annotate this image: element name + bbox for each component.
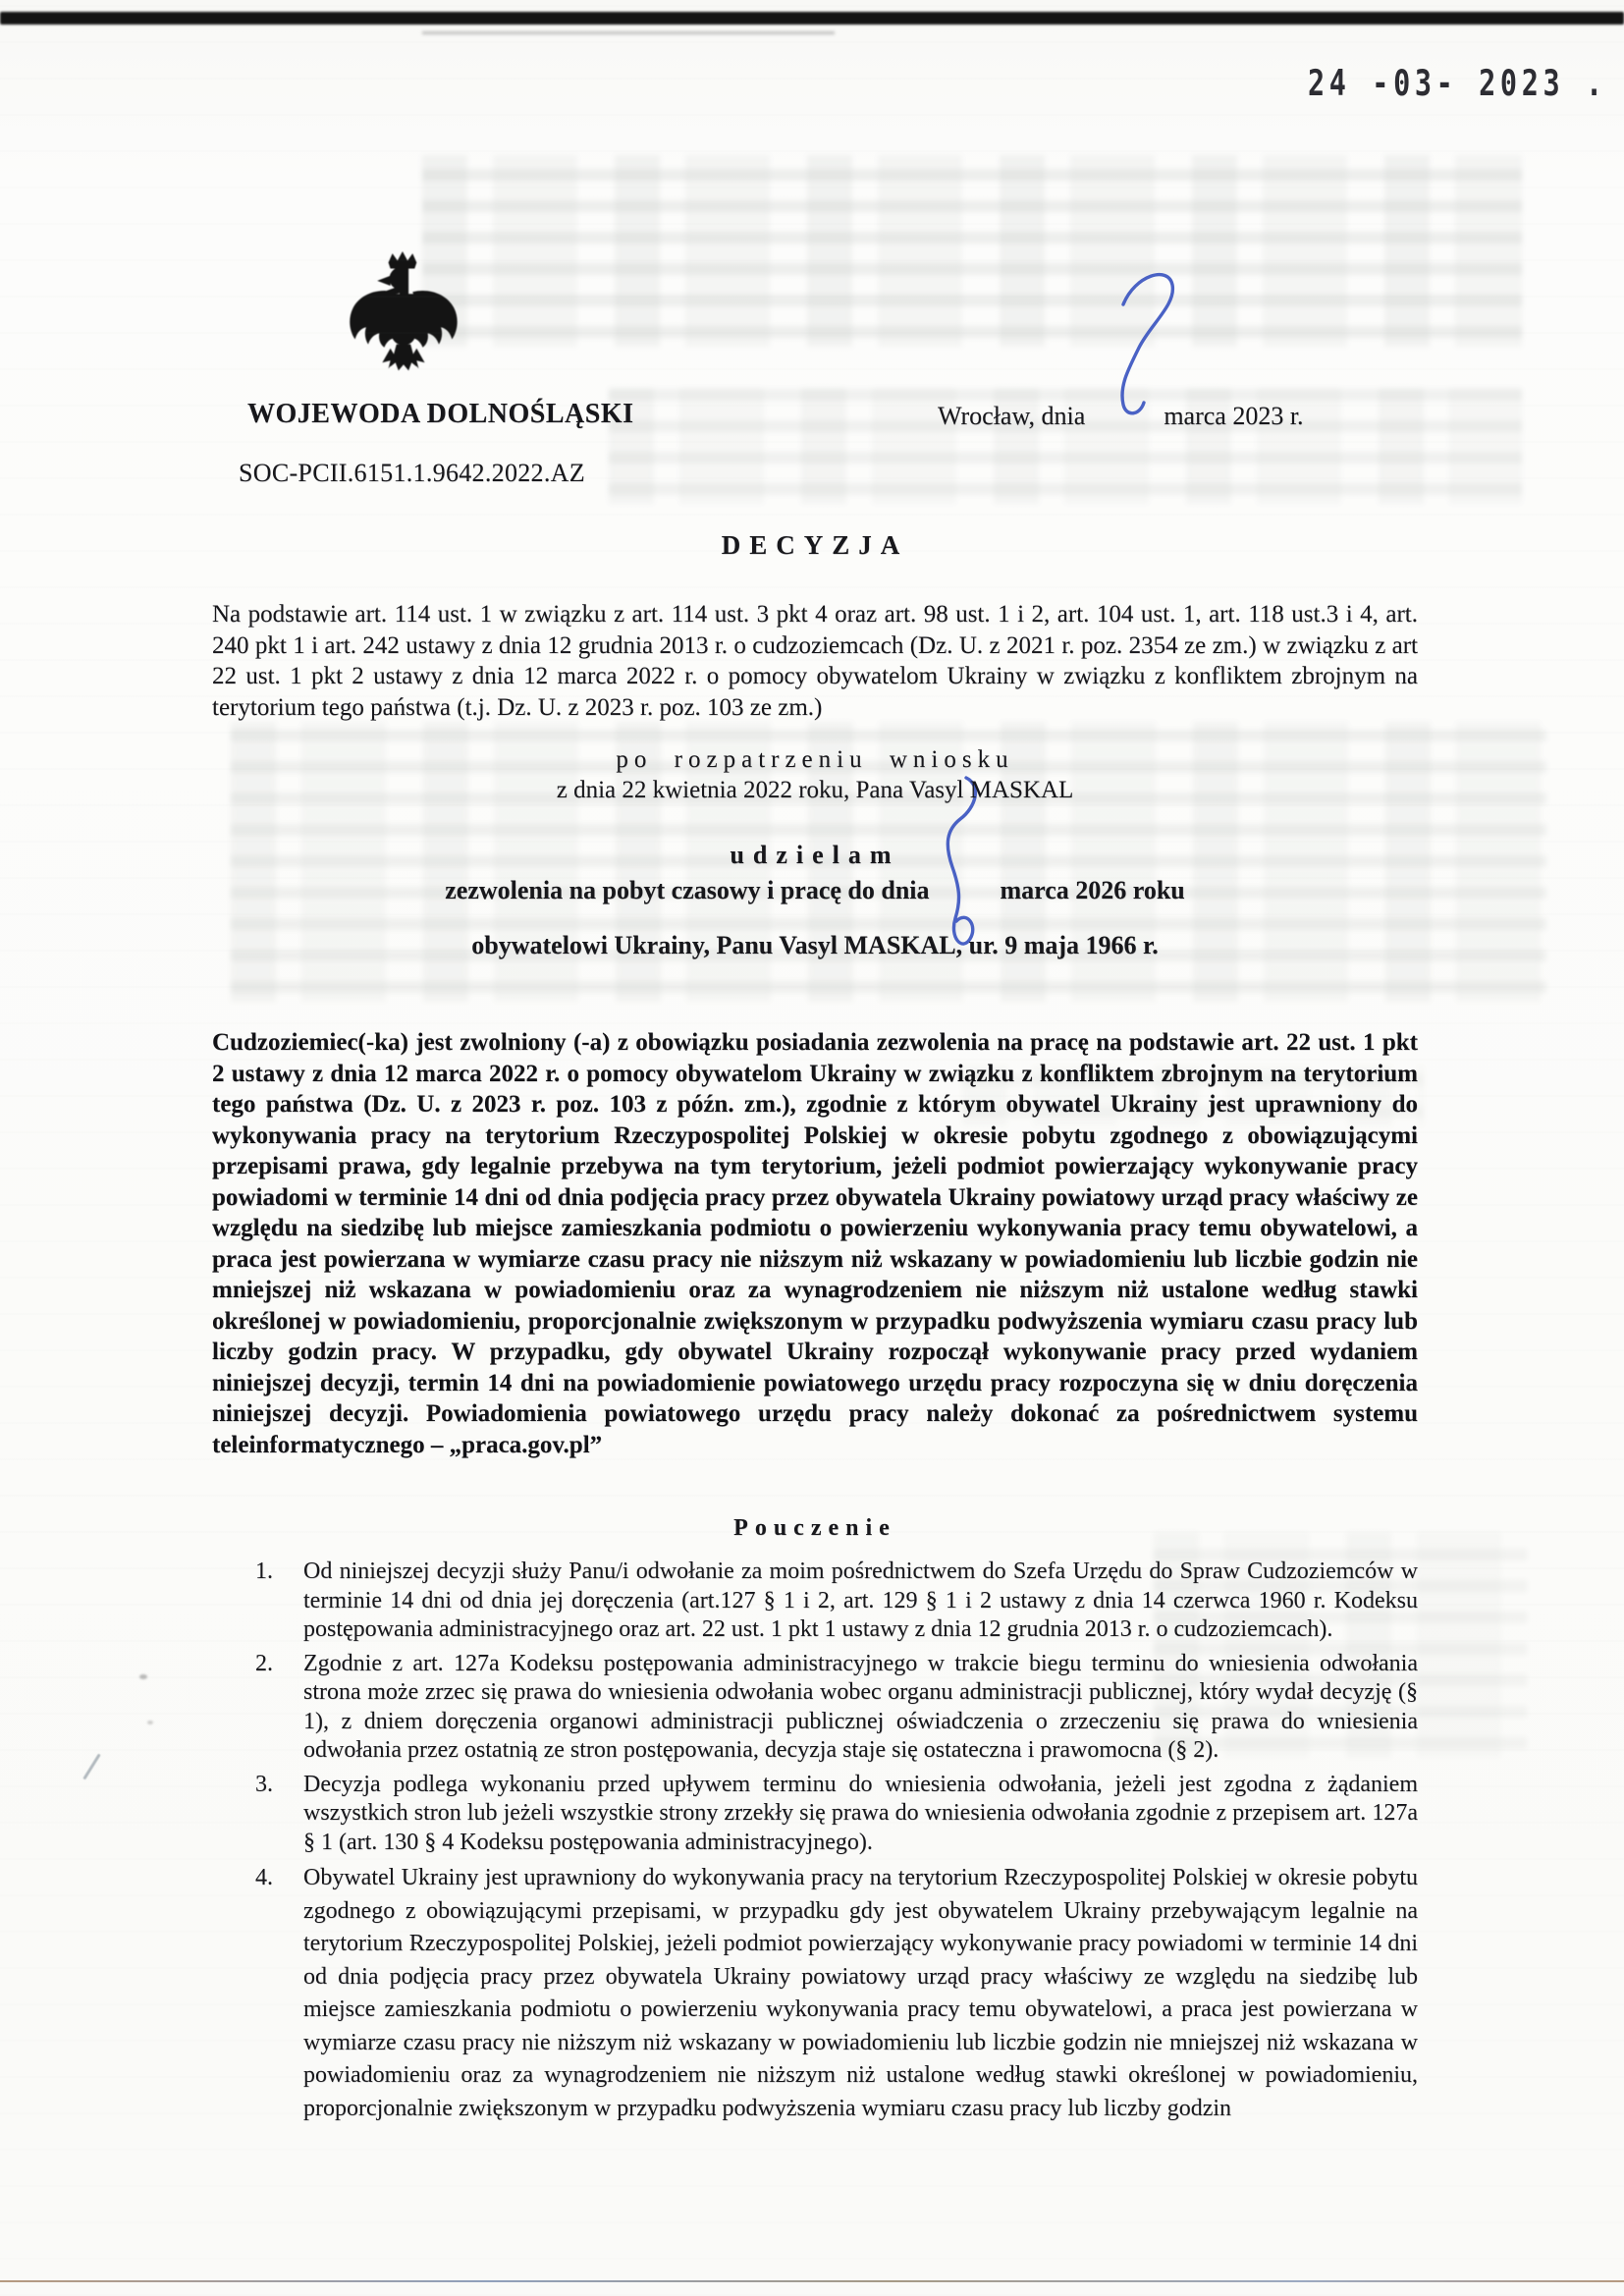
legal-basis-paragraph: Na podstawie art. 114 ust. 1 w związku z… [212, 599, 1418, 723]
instruction-item-number: 1. [255, 1558, 273, 1587]
instruction-item-text: Decyzja podlega wykonaniu przed upływem … [303, 1772, 1418, 1855]
instruction-item-number: 3. [255, 1771, 273, 1800]
document-title: DECYZJA [212, 530, 1418, 561]
scan-speck [147, 1721, 153, 1724]
scan-artifact-bottom-edge [0, 2280, 1624, 2282]
place-date-suffix: marca 2023 r. [1164, 402, 1303, 430]
instruction-heading: Pouczenie [212, 1515, 1418, 1542]
place-date-prefix: Wrocław, dnia [938, 402, 1085, 430]
instruction-item-number: 4. [255, 1862, 273, 1895]
instruction-item-2: 2. Zgodnie z art. 127a Kodeksu postępowa… [212, 1650, 1418, 1766]
instruction-item-text: Od niniejszej decyzji służy Panu/i odwoł… [303, 1558, 1418, 1642]
place-and-date-line: Wrocław, dniamarca 2023 r. [938, 402, 1304, 431]
grant-block: udzielam zezwolenia na pobyt czasowy i p… [212, 841, 1418, 905]
eagle-icon [344, 249, 465, 391]
scan-speck [139, 1674, 147, 1679]
case-reference-number: SOC-PCII.6151.1.9642.2022.AZ [239, 459, 585, 488]
scan-artifact-top-smudge [422, 31, 835, 34]
after-review-block: po rozpatrzeniu wniosku z dnia 22 kwietn… [212, 746, 1418, 804]
after-review-line: po rozpatrzeniu wniosku [212, 746, 1418, 774]
instruction-item-4: 4. Obywatel Ukrainy jest uprawniony do w… [212, 1862, 1418, 2125]
instruction-item-text: Zgodnie z art. 127a Kodeksu postępowania… [303, 1651, 1418, 1764]
instruction-item-text: Obywatel Ukrainy jest uprawniony do wyko… [303, 1865, 1418, 2121]
application-date-line: z dnia 22 kwietnia 2022 roku, Pana Vasyl… [212, 777, 1418, 804]
work-permit-exemption-paragraph: Cudzoziemiec(-ka) jest zwolniony (-a) z … [212, 1027, 1418, 1460]
grant-verb-line: udzielam [212, 841, 1418, 870]
grant-scope-suffix: marca 2026 roku [1001, 876, 1185, 904]
instruction-item-3: 3. Decyzja podlega wykonaniu przed upływ… [212, 1771, 1418, 1858]
beneficiary-line: obywatelowi Ukrainy, Panu Vasyl MASKAL, … [212, 931, 1418, 960]
scan-artifact-top-edge [0, 12, 1624, 25]
date-received-stamp: 24 -03- 2023 . [1308, 63, 1607, 104]
polish-eagle-emblem-icon [344, 249, 465, 391]
scanned-document-page: 24 -03- 2023 . WOJEWODA DOLNOŚLĄSKI Wroc… [0, 0, 1624, 2296]
instruction-list: 1. Od niniejszej decyzji służy Panu/i od… [212, 1558, 1418, 2130]
bleed-through-artifact [422, 155, 1522, 347]
instruction-item-number: 2. [255, 1650, 273, 1679]
instruction-item-1: 1. Od niniejszej decyzji służy Panu/i od… [212, 1558, 1418, 1645]
grant-scope-line: zezwolenia na pobyt czasowy i pracę do d… [212, 876, 1418, 905]
grant-scope-prefix: zezwolenia na pobyt czasowy i pracę do d… [445, 876, 929, 904]
pen-slash-margin-mark [82, 1753, 100, 1779]
issuing-authority-title: WOJEWODA DOLNOŚLĄSKI [247, 399, 634, 430]
